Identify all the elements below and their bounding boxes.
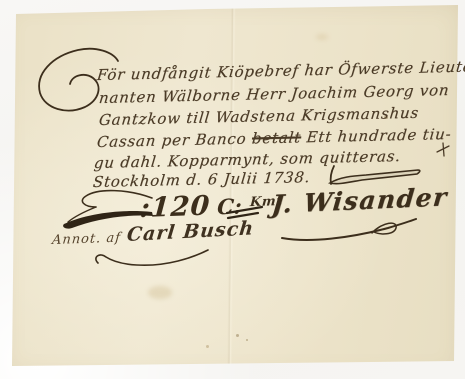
body-line-3: Gantzkow till Wadstena Krigsmanshus bbox=[98, 104, 420, 129]
body-line-4-pre: Cassan per Banco bbox=[96, 130, 247, 151]
amount-number: :120 bbox=[139, 190, 211, 224]
body-line-4-struck-word: betalt bbox=[251, 128, 302, 147]
manuscript-text-block: För undfångit Kiöpebref har Öfwerste Lie… bbox=[0, 0, 465, 379]
body-line-1: För undfångit Kiöpebref har Öfwerste Lie… bbox=[96, 57, 465, 84]
scanned-receipt-scene: För undfångit Kiöpebref har Öfwerste Lie… bbox=[0, 0, 465, 379]
signature-wisander: J. Wisander bbox=[271, 182, 450, 219]
amount-currency-mark: C: bbox=[216, 193, 242, 219]
body-line-4-post: Ett hundrade tiu- bbox=[306, 125, 453, 146]
body-line-5: gu dahl. Kopparmynt, som quitteras. bbox=[93, 147, 402, 172]
body-line-2: nanten Wälborne Herr Joachim Georg von bbox=[98, 81, 450, 107]
annotation-prefix: Annot. af bbox=[51, 231, 121, 248]
